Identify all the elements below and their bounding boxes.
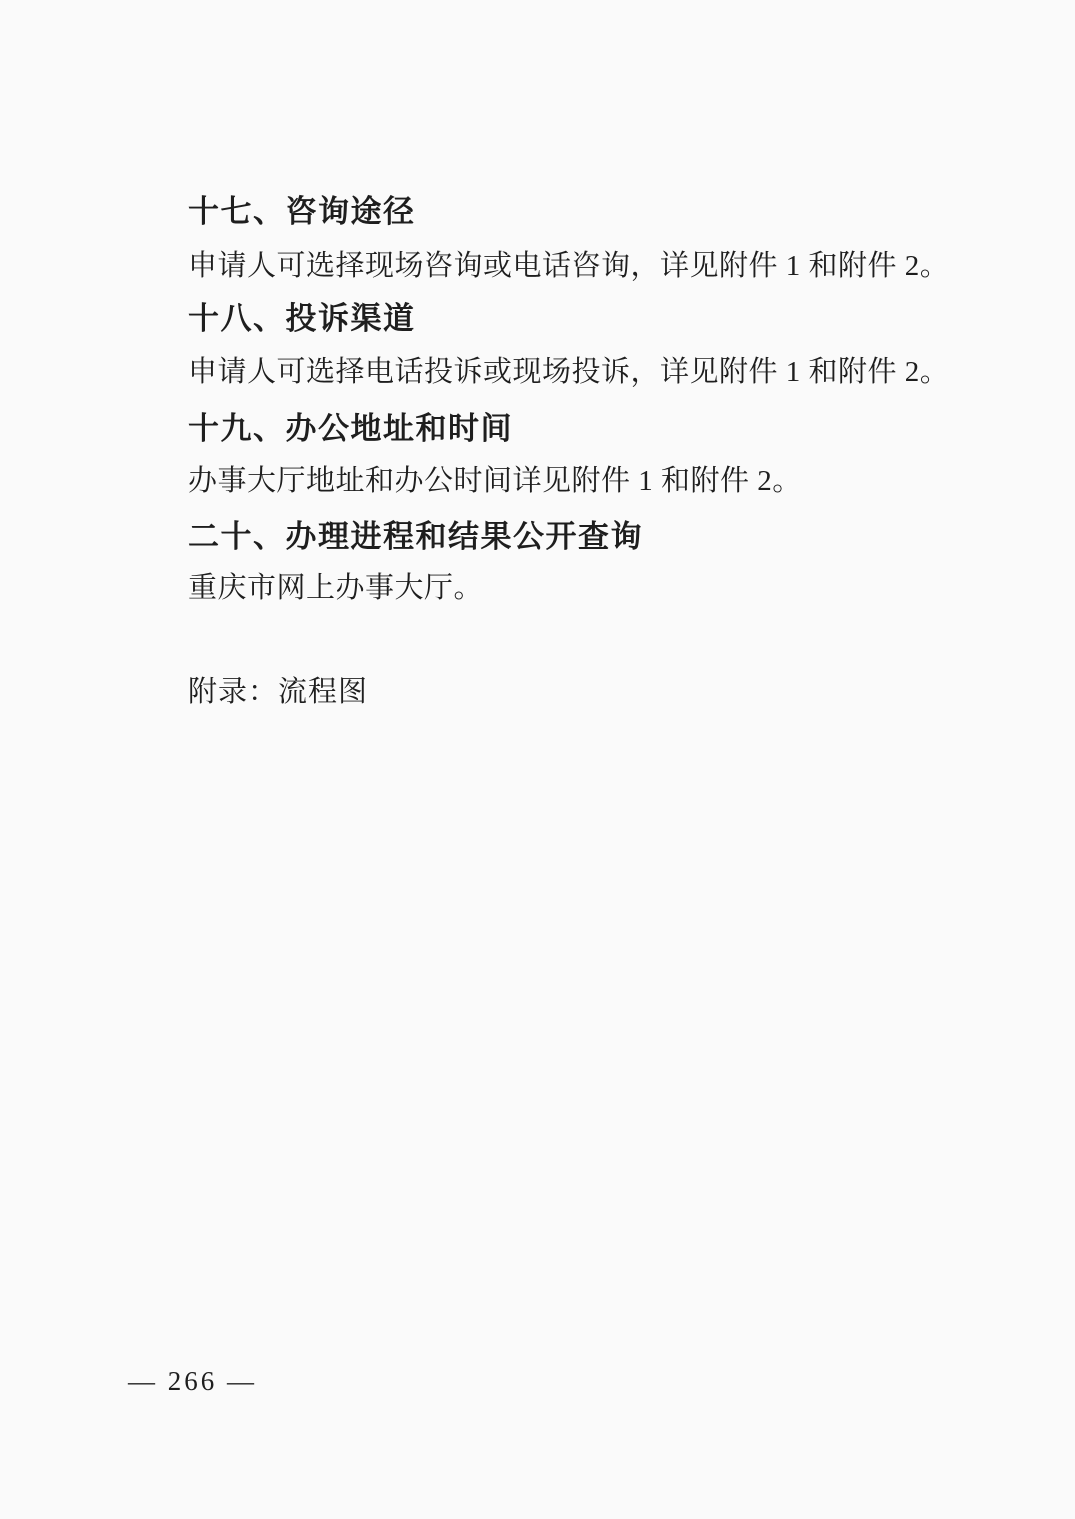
page-number: — 266 — bbox=[128, 1366, 257, 1397]
section-17-body: 申请人可选择现场咨询或电话咨询，详见附件 1 和附件 2。 bbox=[188, 250, 949, 283]
appendix-note: 附录：流程图 bbox=[188, 676, 368, 709]
section-19-heading: 十九、办公地址和时间 bbox=[188, 411, 513, 447]
section-17-heading: 十七、咨询途径 bbox=[188, 194, 416, 230]
section-20-heading: 二十、办理进程和结果公开查询 bbox=[188, 519, 643, 555]
section-18-body: 申请人可选择电话投诉或现场投诉，详见附件 1 和附件 2。 bbox=[188, 356, 949, 389]
section-20-body: 重庆市网上办事大厅。 bbox=[188, 572, 483, 605]
section-19-body: 办事大厅地址和办公时间详见附件 1 和附件 2。 bbox=[188, 465, 802, 498]
section-18-heading: 十八、投诉渠道 bbox=[188, 301, 416, 337]
page: 十七、咨询途径 申请人可选择现场咨询或电话咨询，详见附件 1 和附件 2。 十八… bbox=[0, 0, 1075, 1519]
